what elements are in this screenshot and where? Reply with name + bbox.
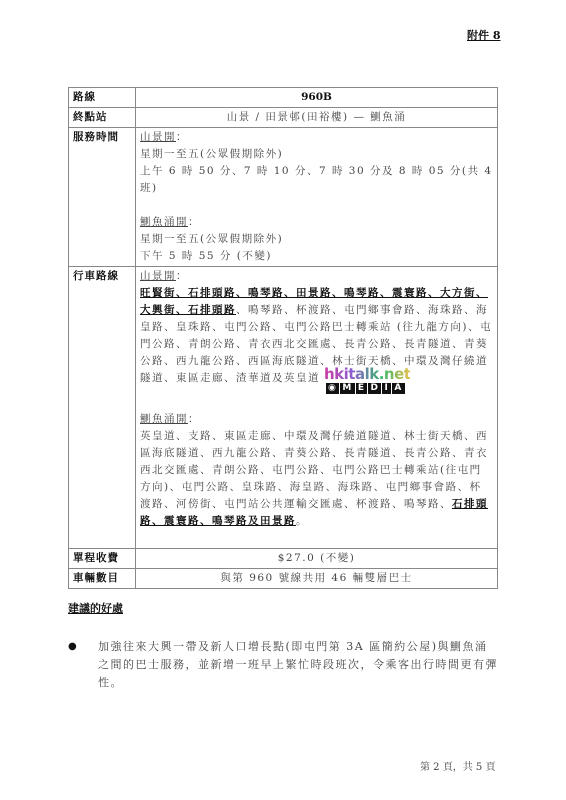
- camera-icon: ◉: [326, 383, 339, 394]
- colon: ：: [188, 216, 200, 228]
- route-label: 路線: [69, 88, 136, 108]
- quarry-bay-times: 下午 5 時 55 分 (不變): [140, 248, 493, 265]
- terminus-value: 山景 / 田景邨(田裕樓) — 鰂魚涌: [136, 108, 498, 128]
- shan-king-days: 星期一至五(公眾假期除外): [140, 146, 493, 163]
- routing-shan-king-text: 旺賢街、石排頭路、鳴琴路、田景路、鳴琴路、震寰路、大方街、大興街、石排頭路、鳴琴…: [140, 285, 493, 394]
- terminus-label: 終點站: [69, 108, 136, 128]
- routing-rest: 、鳴琴路、杯渡路、屯門鄉事會路、海珠路、海皇路、皇珠路、屯門公路、屯門公路巴士轉…: [140, 304, 492, 384]
- fare-label: 單程收費: [69, 549, 136, 569]
- table-row-routing: 行車路線 山景開： 旺賢街、石排頭路、鳴琴路、田景路、鳴琴路、震寰路、大方街、大…: [69, 267, 498, 549]
- table-row-fleet: 車輛數目 與第 960 號線共用 46 輛雙層巴士: [69, 569, 498, 589]
- page-number: 第 2 頁，共 5 頁: [420, 758, 495, 773]
- table-row-service-hours: 服務時間 山景開： 星期一至五(公眾假期除外) 上午 6 時 50 分、7 時 …: [69, 128, 498, 267]
- route-number: 960B: [136, 88, 498, 108]
- media-letter: I: [382, 383, 391, 394]
- table-row-fare: 單程收費 $27.0 (不變): [69, 549, 498, 569]
- benefit-text: 加強往來大興一帶及新人口增長點(即屯門第 3A 區簡約公屋)與鰂魚涌之間的巴士服…: [98, 638, 498, 692]
- routing-from-shan-king-heading: 山景開: [140, 270, 176, 282]
- colon: ：: [176, 270, 188, 282]
- table-row-route: 路線 960B: [69, 88, 498, 108]
- routing-quarry-bay-text: 英皇道、支路、東區走廊、中環及灣仔繞道隧道、林士街天橋、西區海底隧道、西九龍公路…: [140, 428, 493, 530]
- routing-from-quarry-bay-heading: 鰂魚涌開: [140, 413, 188, 425]
- fare-value: $27.0 (不變): [136, 549, 498, 569]
- watermark-logo: hkitalk.net◉MEDIA: [324, 367, 410, 394]
- routing-rest: 英皇道、支路、東區走廊、中環及灣仔繞道隧道、林士街天橋、西區海底隧道、西九龍公路…: [140, 430, 488, 510]
- quarry-bay-days: 星期一至五(公眾假期除外): [140, 231, 493, 248]
- service-hours-value: 山景開： 星期一至五(公眾假期除外) 上午 6 時 50 分、7 時 10 分、…: [136, 128, 498, 267]
- benefits-list-item: ● 加強往來大興一帶及新人口增長點(即屯門第 3A 區簡約公屋)與鰂魚涌之間的巴…: [68, 638, 498, 692]
- spacer: [140, 394, 493, 411]
- route-info-table: 路線 960B 終點站 山景 / 田景邨(田裕樓) — 鰂魚涌 服務時間 山景開…: [68, 87, 498, 589]
- routing-value: 山景開： 旺賢街、石排頭路、鳴琴路、田景路、鳴琴路、震寰路、大方街、大興街、石排…: [136, 267, 498, 549]
- media-letter: A: [392, 383, 404, 394]
- routing-label: 行車路線: [69, 267, 136, 549]
- shan-king-times: 上午 6 時 50 分、7 時 10 分、7 時 30 分及 8 時 05 分(…: [140, 163, 493, 197]
- table-row-terminus: 終點站 山景 / 田景邨(田裕樓) — 鰂魚涌: [69, 108, 498, 128]
- period: 。: [296, 515, 308, 527]
- watermark-text: hkitalk.net: [324, 367, 410, 382]
- spacer: [140, 530, 493, 547]
- fleet-label: 車輛數目: [69, 569, 136, 589]
- colon: ：: [188, 413, 200, 425]
- from-shan-king-heading: 山景開: [140, 131, 176, 143]
- benefits-title: 建議的好處: [68, 600, 123, 616]
- watermark-media-badge: ◉MEDIA: [326, 383, 410, 394]
- bullet-icon: ●: [68, 638, 98, 692]
- service-hours-label: 服務時間: [69, 128, 136, 267]
- from-quarry-bay-heading: 鰂魚涌開: [140, 216, 188, 228]
- media-letter: D: [368, 383, 381, 394]
- annex-label: 附件 8: [467, 27, 500, 43]
- fleet-value: 與第 960 號線共用 46 輛雙層巴士: [136, 569, 498, 589]
- media-letter: M: [340, 383, 354, 394]
- colon: ：: [176, 131, 188, 143]
- spacer: [140, 197, 493, 214]
- media-letter: E: [356, 383, 368, 394]
